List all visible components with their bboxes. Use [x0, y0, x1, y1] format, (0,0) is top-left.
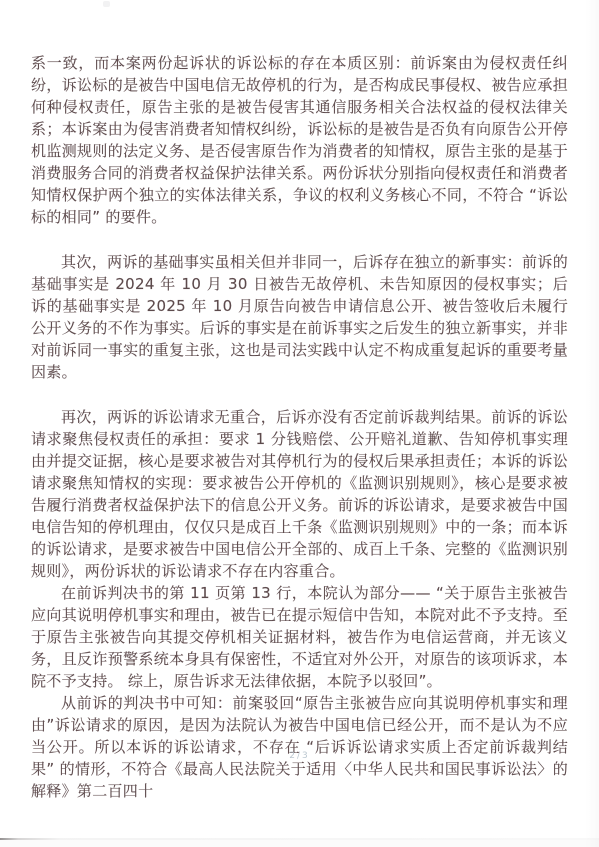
scan-edge-band-artifact — [0, 840, 599, 847]
page-number: 2/3 — [0, 751, 599, 761]
paragraph-claims-no-overlap: 再次，两诉的诉讼请求无重合，后诉亦没有否定前诉裁判结果。前诉的诉讼请求聚焦侵权责… — [31, 406, 568, 582]
scan-smudge-artifact — [103, 1, 110, 7]
document-text-block: 系一致，而本案两份起诉状的诉讼标的存在本质区别：前诉案由为侵权责任纠纷，诉讼标的… — [31, 52, 568, 802]
document-page: 系一致，而本案两份起诉状的诉讼标的存在本质区别：前诉案由为侵权责任纠纷，诉讼标的… — [0, 0, 599, 847]
paragraph-litigation-subject-matter: 系一致，而本案两份起诉状的诉讼标的存在本质区别：前诉案由为侵权责任纠纷，诉讼标的… — [31, 52, 568, 228]
paragraph-underlying-facts: 其次，两诉的基础事实虽相关但并非同一，后诉存在独立的新事实：前诉的基础事实是 2… — [31, 251, 568, 383]
paragraph-prior-judgment-quote: 在前诉判决书的第 11 页第 13 行，本院认为部分—— “关于原告主张被告应向… — [31, 582, 568, 692]
paragraph-conclusion-interpretation: 从前诉的判决书中可知：前案驳回“原告主张被告应向其说明停机事实和理由”诉讼请求的… — [31, 692, 568, 802]
